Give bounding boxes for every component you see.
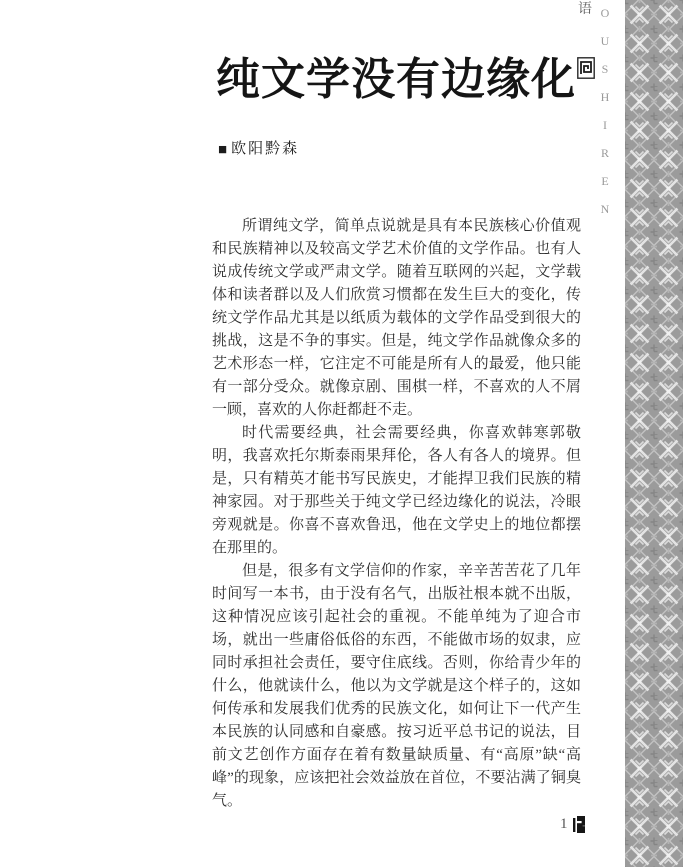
paragraph: 时代需要经典，社会需要经典，你喜欢韩寒郭敬明，我喜欢托尔斯泰雨果拜伦，各人有各人… xyxy=(212,422,581,560)
author-line: ■欧阳黔森 xyxy=(218,137,299,158)
page-number: 1 xyxy=(560,816,568,833)
masthead-character: 语 xyxy=(578,0,594,18)
decorative-border-pattern xyxy=(625,0,683,867)
magazine-page: 语 OUSHIREN 纯文学没有边缘化 ■欧阳黔森 所谓纯文学，简单点说就是具有… xyxy=(0,0,690,867)
printers-mark-icon xyxy=(573,816,585,833)
article-body: 所谓纯文学，简单点说就是具有本民族核心价值观和民族精神以及较高文学艺术价值的文学… xyxy=(212,215,581,813)
author-name: 欧阳黔森 xyxy=(231,141,299,157)
paragraph: 但是，很多有文学信仰的作家，辛辛苦苦花了几年时间写一本书，由于没有名气，出版社根… xyxy=(212,560,581,813)
folio: 1 xyxy=(560,814,585,834)
woven-pattern-graphic xyxy=(625,0,683,867)
masthead-romanized-title: OUSHIREN xyxy=(599,6,611,251)
article-title: 纯文学没有边缘化 xyxy=(216,52,596,107)
author-square-marker: ■ xyxy=(218,142,227,159)
paragraph: 所谓纯文学，简单点说就是具有本民族核心价值观和民族精神以及较高文学艺术价值的文学… xyxy=(212,215,581,422)
